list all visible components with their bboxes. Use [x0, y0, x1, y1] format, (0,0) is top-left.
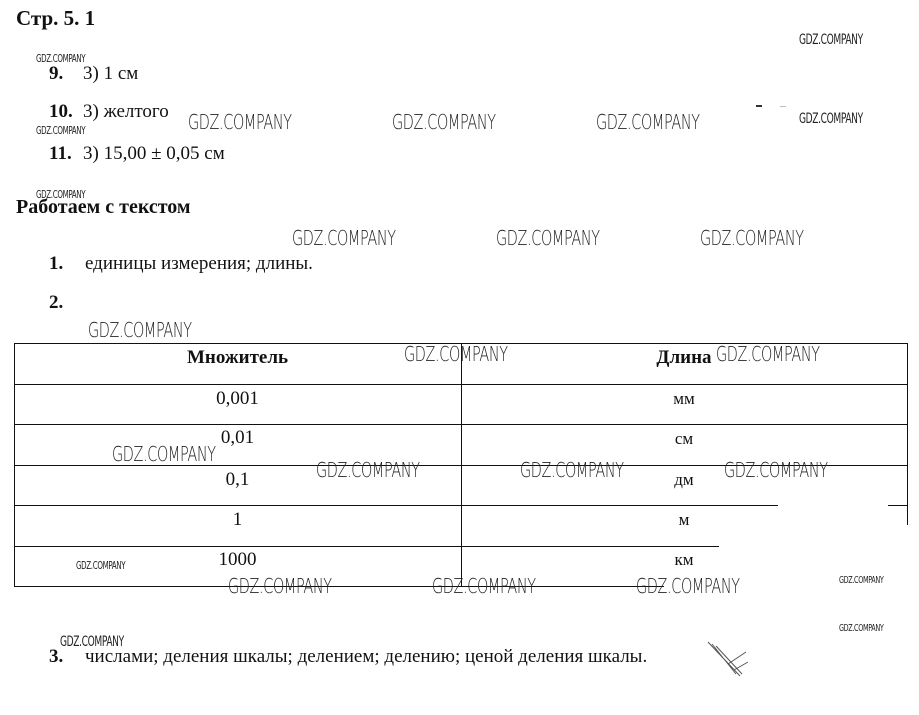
answer-9: 9.3) 1 см — [49, 63, 138, 85]
watermark: GDZ.COMPANY — [392, 110, 496, 134]
watermark: GDZ.COMPANY — [88, 318, 192, 342]
watermark: GDZ.COMPANY — [520, 458, 624, 482]
answer-11: 11.3) 15,00 ± 0,05 см — [49, 143, 225, 165]
table-cell-unit: км — [461, 550, 907, 570]
answer-text: единицы измерения; длины. — [85, 253, 313, 274]
stray-mark — [780, 106, 786, 107]
watermark: GDZ.COMPANY — [228, 574, 332, 598]
table-header-length: Длина — [461, 347, 907, 369]
answer-number: 10. — [49, 101, 83, 123]
answer-number: 9. — [49, 63, 83, 85]
table-cell-unit: см — [461, 429, 907, 449]
text-answer-2: 2. — [49, 292, 85, 314]
watermark: GDZ.COMPANY — [700, 226, 804, 250]
watermark: GDZ.COMPANY — [36, 52, 85, 65]
table-cell-multiplier: 1 — [14, 509, 461, 531]
table-border-bottom — [14, 586, 664, 587]
table-border-right — [907, 343, 908, 525]
watermark: GDZ.COMPANY — [76, 559, 125, 572]
table-cell-multiplier: 0,001 — [14, 388, 461, 410]
answer-text: 3) 15,00 ± 0,05 см — [83, 143, 225, 164]
watermark: GDZ.COMPANY — [496, 226, 600, 250]
watermark: GDZ.COMPANY — [112, 442, 216, 466]
watermark: GDZ.COMPANY — [716, 342, 820, 366]
watermark: GDZ.COMPANY — [404, 342, 508, 366]
answer-text: числами; деления шкалы; делением; делени… — [85, 646, 647, 667]
watermark: GDZ.COMPANY — [799, 111, 863, 127]
table-cell-unit: мм — [461, 389, 907, 409]
watermark: GDZ.COMPANY — [839, 575, 883, 586]
watermark: GDZ.COMPANY — [724, 458, 828, 482]
table-row-line — [888, 505, 908, 506]
scribble-mark — [706, 640, 756, 680]
watermark: GDZ.COMPANY — [636, 574, 740, 598]
text-answer-1: 1.единицы измерения; длины. — [49, 253, 313, 275]
watermark: GDZ.COMPANY — [316, 458, 420, 482]
table-cell-multiplier: 0,01 — [14, 427, 461, 449]
watermark: GDZ.COMPANY — [292, 226, 396, 250]
watermark: GDZ.COMPANY — [432, 574, 536, 598]
answer-10: 10.3) желтого — [49, 101, 169, 123]
watermark: GDZ.COMPANY — [188, 110, 292, 134]
watermark: GDZ.COMPANY — [36, 124, 85, 137]
table-header-multiplier: Множитель — [14, 347, 461, 369]
watermark: GDZ.COMPANY — [596, 110, 700, 134]
stray-mark — [756, 105, 762, 107]
watermark: GDZ.COMPANY — [36, 188, 85, 201]
watermark: GDZ.COMPANY — [60, 634, 124, 650]
text-answer-3: 3.числами; деления шкалы; делением; деле… — [49, 646, 647, 668]
watermark: GDZ.COMPANY — [839, 623, 883, 634]
page-title: Стр. 5. 1 — [16, 6, 95, 31]
answer-text: 3) желтого — [83, 101, 169, 122]
table-row-line — [14, 505, 778, 506]
answer-text: 3) 1 см — [83, 63, 138, 84]
watermark: GDZ.COMPANY — [799, 32, 863, 48]
table-cell-unit: м — [461, 510, 907, 530]
answer-number: 2. — [49, 292, 85, 314]
answer-number: 11. — [49, 143, 83, 165]
table-row-line — [14, 546, 719, 547]
answer-number: 1. — [49, 253, 85, 275]
